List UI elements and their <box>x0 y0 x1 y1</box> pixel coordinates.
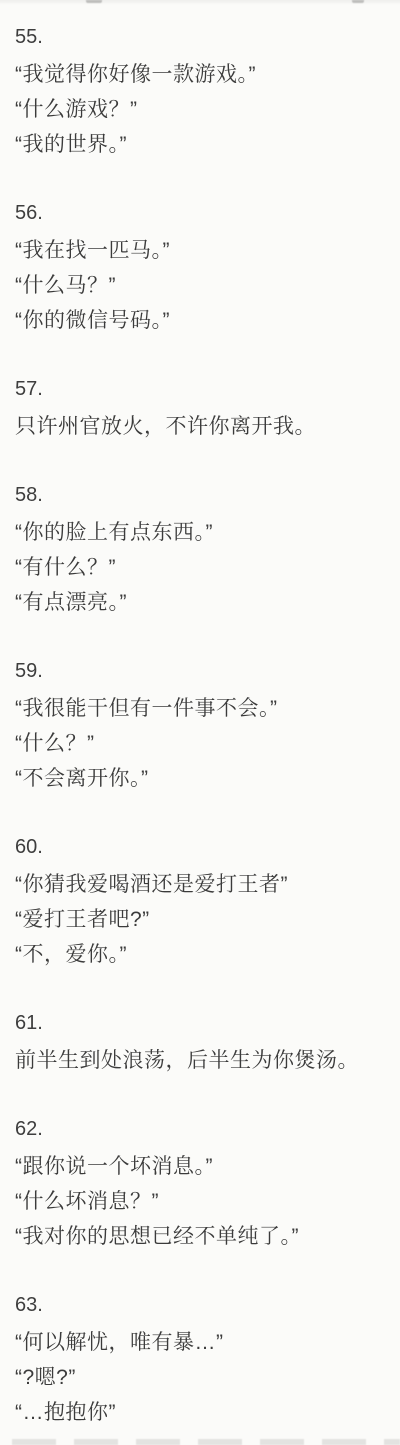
bottom-cutoff-text-artifact <box>12 1439 400 1445</box>
item-line: “我对你的思想已经不单纯了。” <box>15 1219 390 1254</box>
item-number: 60. <box>15 836 390 858</box>
item-number: 63. <box>15 1294 390 1316</box>
item-number: 56. <box>15 202 390 224</box>
joke-item-60: 60. “你猜我爱喝酒还是爱打王者” “爱打王者吧?” “不，爱你。” <box>15 836 390 972</box>
joke-item-59: 59. “我很能干但有一件事不会。” “什么？” “不会离开你。” <box>15 660 390 796</box>
top-edge-speck <box>86 0 102 3</box>
joke-item-56: 56. “我在找一匹马。” “什么马？” “你的微信号码。” <box>15 202 390 338</box>
item-line: “有什么？” <box>15 550 390 585</box>
item-line: “爱打王者吧?” <box>15 902 390 937</box>
item-line: “你猜我爱喝酒还是爱打王者” <box>15 867 390 902</box>
joke-list: 55. “我觉得你好像一款游戏。” “什么游戏？” “我的世界。” 56. “我… <box>0 0 400 1430</box>
joke-item-55: 55. “我觉得你好像一款游戏。” “什么游戏？” “我的世界。” <box>15 26 390 162</box>
item-line: “有点漂亮。” <box>15 585 390 620</box>
item-number: 57. <box>15 378 390 400</box>
item-line: “我很能干但有一件事不会。” <box>15 691 390 726</box>
joke-item-58: 58. “你的脸上有点东西。” “有什么？” “有点漂亮。” <box>15 484 390 620</box>
joke-item-63: 63. “何以解忧，唯有暴…” “?嗯?” “…抱抱你” <box>15 1294 390 1430</box>
item-line: 只许州官放火，不许你离开我。 <box>15 409 390 444</box>
joke-item-62: 62. “跟你说一个坏消息。” “什么坏消息？” “我对你的思想已经不单纯了。” <box>15 1118 390 1254</box>
item-line: “你的脸上有点东西。” <box>15 515 390 550</box>
item-line: “我在找一匹马。” <box>15 233 390 268</box>
joke-list-page: 55. “我觉得你好像一款游戏。” “什么游戏？” “我的世界。” 56. “我… <box>0 0 400 1445</box>
item-line: “什么坏消息？” <box>15 1184 390 1219</box>
item-line: “?嗯?” <box>15 1360 390 1395</box>
item-line: “什么游戏？” <box>15 92 390 127</box>
item-line: “你的微信号码。” <box>15 303 390 338</box>
top-edge-speck <box>352 0 364 3</box>
item-line: “我觉得你好像一款游戏。” <box>15 57 390 92</box>
joke-item-61: 61. 前半生到处浪荡，后半生为你煲汤。 <box>15 1012 390 1078</box>
item-line: “何以解忧，唯有暴…” <box>15 1325 390 1360</box>
item-line: “我的世界。” <box>15 127 390 162</box>
item-number: 58. <box>15 484 390 506</box>
joke-item-57: 57. 只许州官放火，不许你离开我。 <box>15 378 390 444</box>
item-number: 61. <box>15 1012 390 1034</box>
item-number: 55. <box>15 26 390 48</box>
top-edge-artifact <box>0 0 400 5</box>
item-line: “跟你说一个坏消息。” <box>15 1149 390 1184</box>
item-line: “不，爱你。” <box>15 937 390 972</box>
item-line: “不会离开你。” <box>15 761 390 796</box>
item-number: 59. <box>15 660 390 682</box>
item-line: 前半生到处浪荡，后半生为你煲汤。 <box>15 1043 390 1078</box>
item-number: 62. <box>15 1118 390 1140</box>
item-line: “什么？” <box>15 726 390 761</box>
item-line: “…抱抱你” <box>15 1395 390 1430</box>
item-line: “什么马？” <box>15 268 390 303</box>
